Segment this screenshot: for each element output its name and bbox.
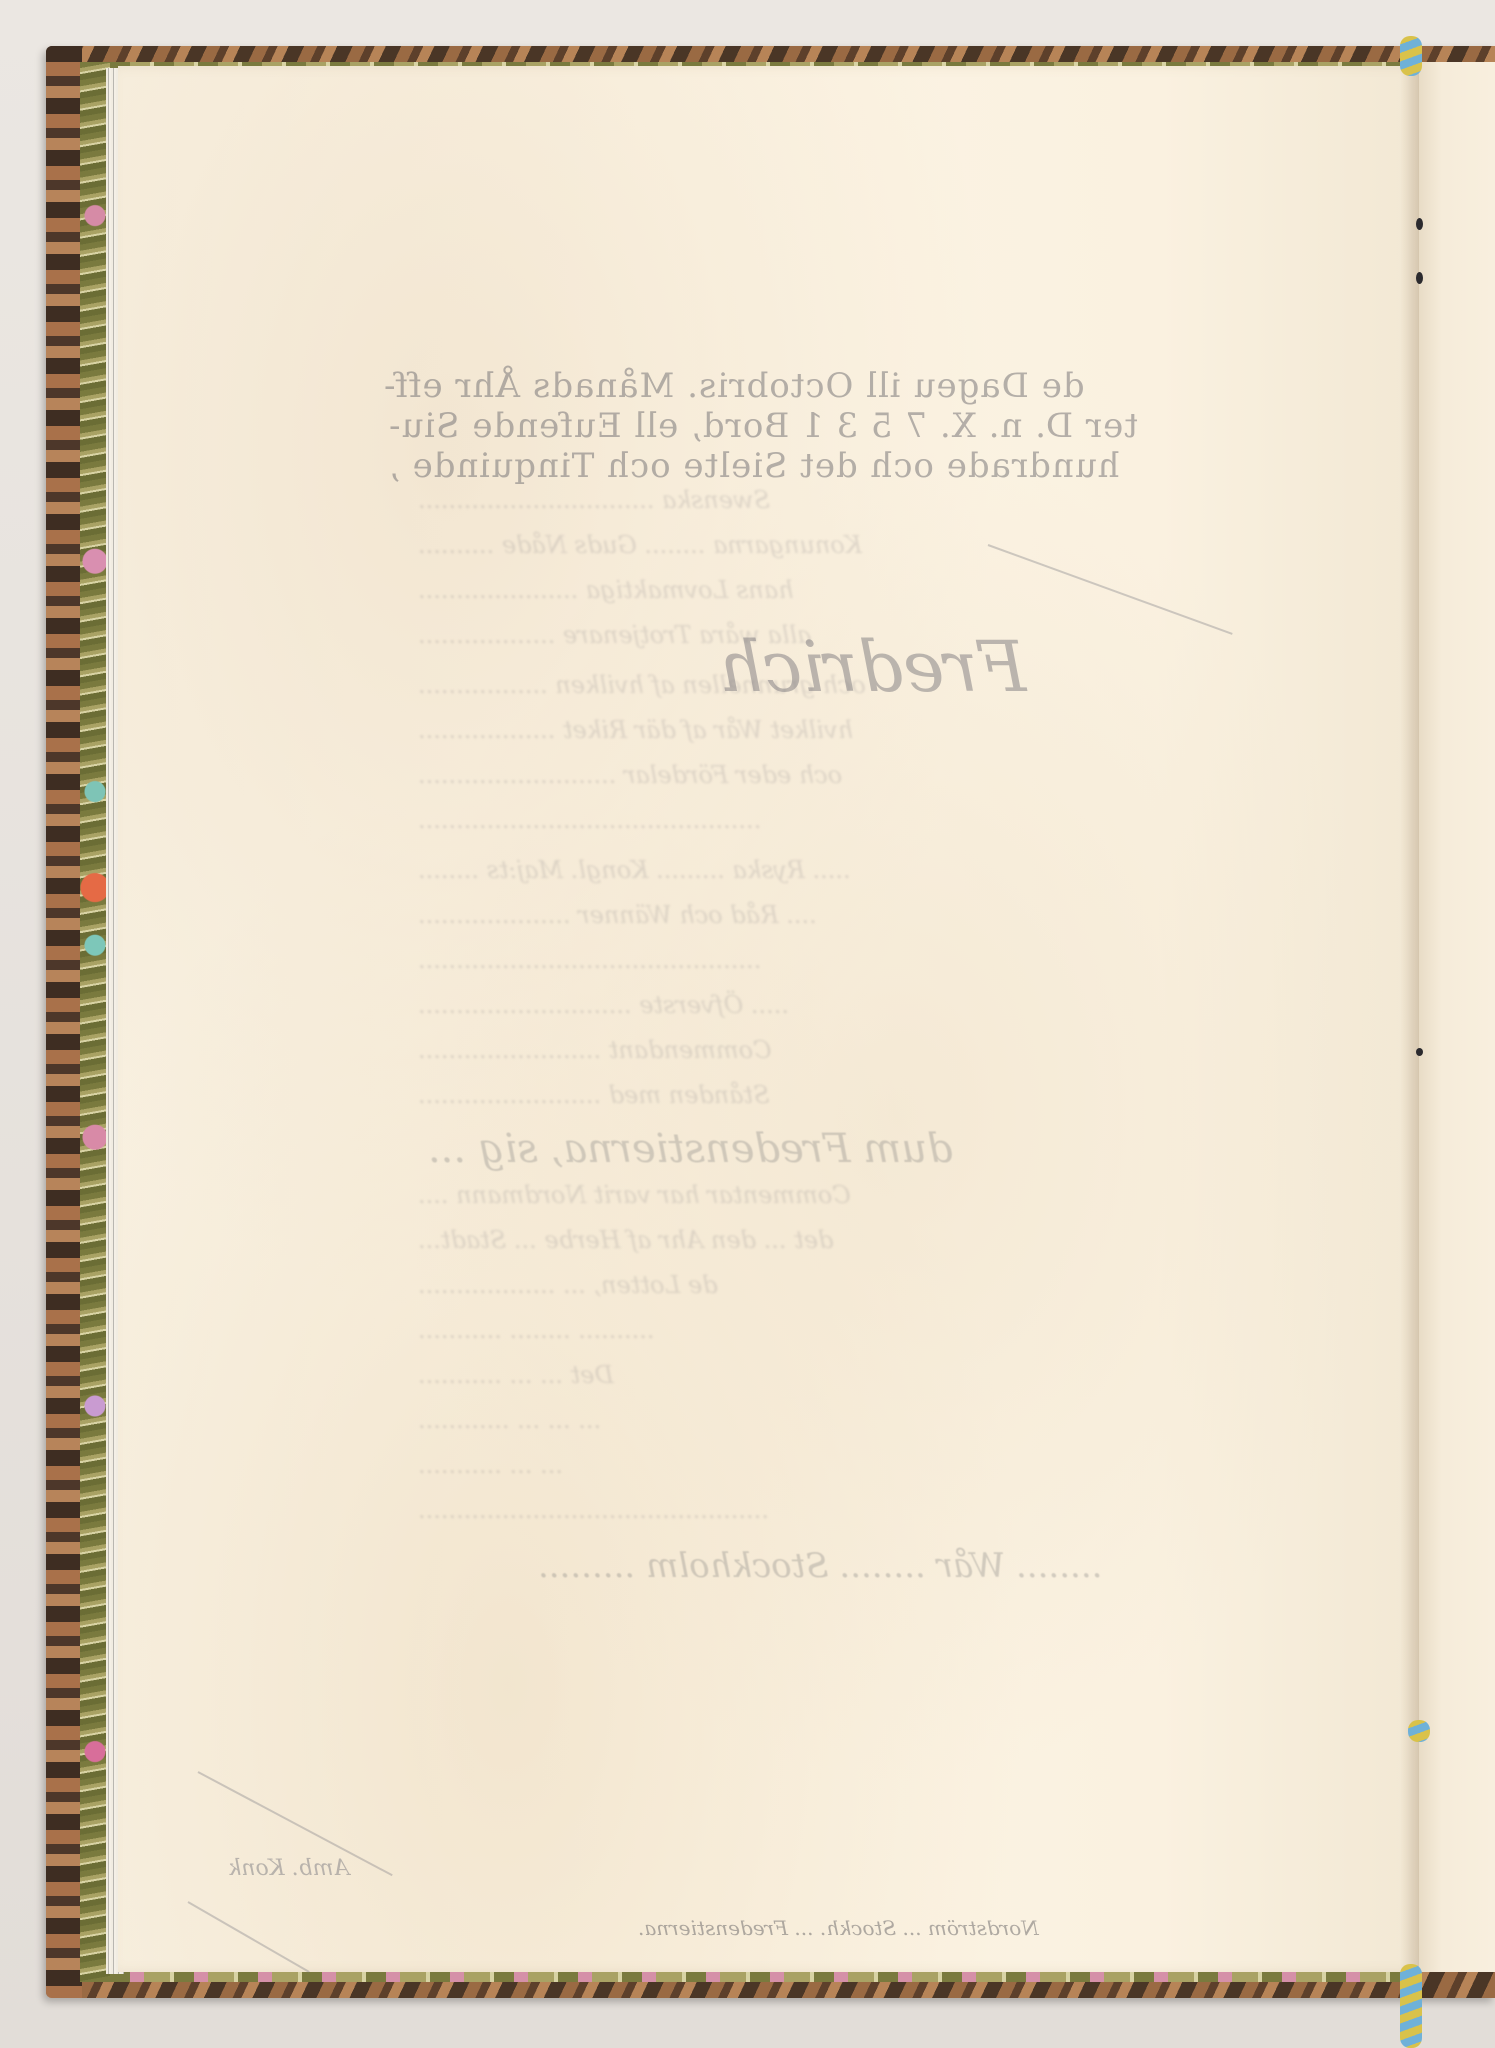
- marbled-endpaper-bottom: [110, 1972, 1410, 1982]
- bleed-body-line: ..... Ryska ......... Kongl. Maj:ts ....…: [418, 856, 851, 884]
- silk-tie-bottom: [1400, 1964, 1422, 2048]
- bleed-body-line: .... Råd och Wänner ....................: [418, 901, 817, 929]
- sewing-hole: [1416, 272, 1423, 284]
- pencil-note: Amb. Konk: [228, 1856, 349, 1881]
- bleed-body-line: .......... ........ ...........: [418, 1316, 655, 1344]
- bleed-body-line: Konungarna ........ Guds Nåde ..........: [418, 531, 862, 559]
- bleed-body-line: ........................................…: [418, 806, 761, 834]
- bleed-body-line: det ... den Ahr af Herbe ... Stadt...: [418, 1226, 833, 1254]
- bleed-body-line: Det ... ... ...........: [418, 1361, 614, 1389]
- bleed-body-line: Swenska ...............................: [418, 486, 770, 514]
- bleed-body-line: och eder Fördelar ......................…: [418, 761, 842, 789]
- sewing-hole: [1416, 1048, 1423, 1056]
- book-spine-edge: [46, 46, 82, 1998]
- silk-tie-middle: [1408, 1720, 1430, 1742]
- document-page: de Dageu ill Octobris. Månads Åhr eff- t…: [118, 66, 1418, 1972]
- bleed-body-line: ..... Öfverste .........................…: [418, 991, 789, 1019]
- bleed-body-line: de Lotten, ... ..................: [418, 1271, 718, 1299]
- facing-page-edge: [1418, 62, 1495, 1972]
- bleed-body-line: ........................................…: [418, 946, 761, 974]
- pencil-stroke: [188, 1901, 310, 1973]
- bleed-name-line: dum Fredenstierna, sig ...: [428, 1126, 953, 1172]
- bleed-body-line: och grunnellen af hvilken ..............…: [418, 671, 866, 699]
- bleed-body-line: Commendant ........................: [418, 1036, 771, 1064]
- bleed-body-line: ........................................…: [418, 1496, 769, 1524]
- bleed-body-line: ... ... ...........: [418, 1451, 563, 1479]
- sewing-hole: [1416, 218, 1423, 230]
- bleed-footer-note: Nordström ... Stockh. ... Fredenstierna.: [638, 1916, 1039, 1940]
- bleed-body-line: Commentar har varit Nordmann ....: [418, 1181, 851, 1209]
- silk-tie-top: [1400, 36, 1422, 76]
- bleed-body-line: hans Lovmaktiga .....................: [418, 576, 794, 604]
- bleed-heading-line-1: de Dageu ill Octobris. Månads Åhr eff-: [383, 366, 1085, 406]
- bleed-body-line: Stånden med ........................: [418, 1081, 770, 1109]
- bleed-closing-line: ........ Wår ........ Stockholm ........…: [538, 1546, 1103, 1586]
- pencil-stroke-signature: [988, 544, 1233, 635]
- bleed-body-line: ... ... ... ............: [418, 1406, 601, 1434]
- bleed-heading-line-2: ter D. n. X. 7 5 3 1 Bord, ell Eufende S…: [388, 406, 1138, 446]
- bleed-body-line: alla wåra Trotjenare ..................: [418, 621, 811, 649]
- bleed-body-line: hvilket Wår af där Riket ...............…: [418, 716, 853, 744]
- bleed-heading-line-3: hundrade och det Sielte och Tinquinde ,: [388, 446, 1120, 486]
